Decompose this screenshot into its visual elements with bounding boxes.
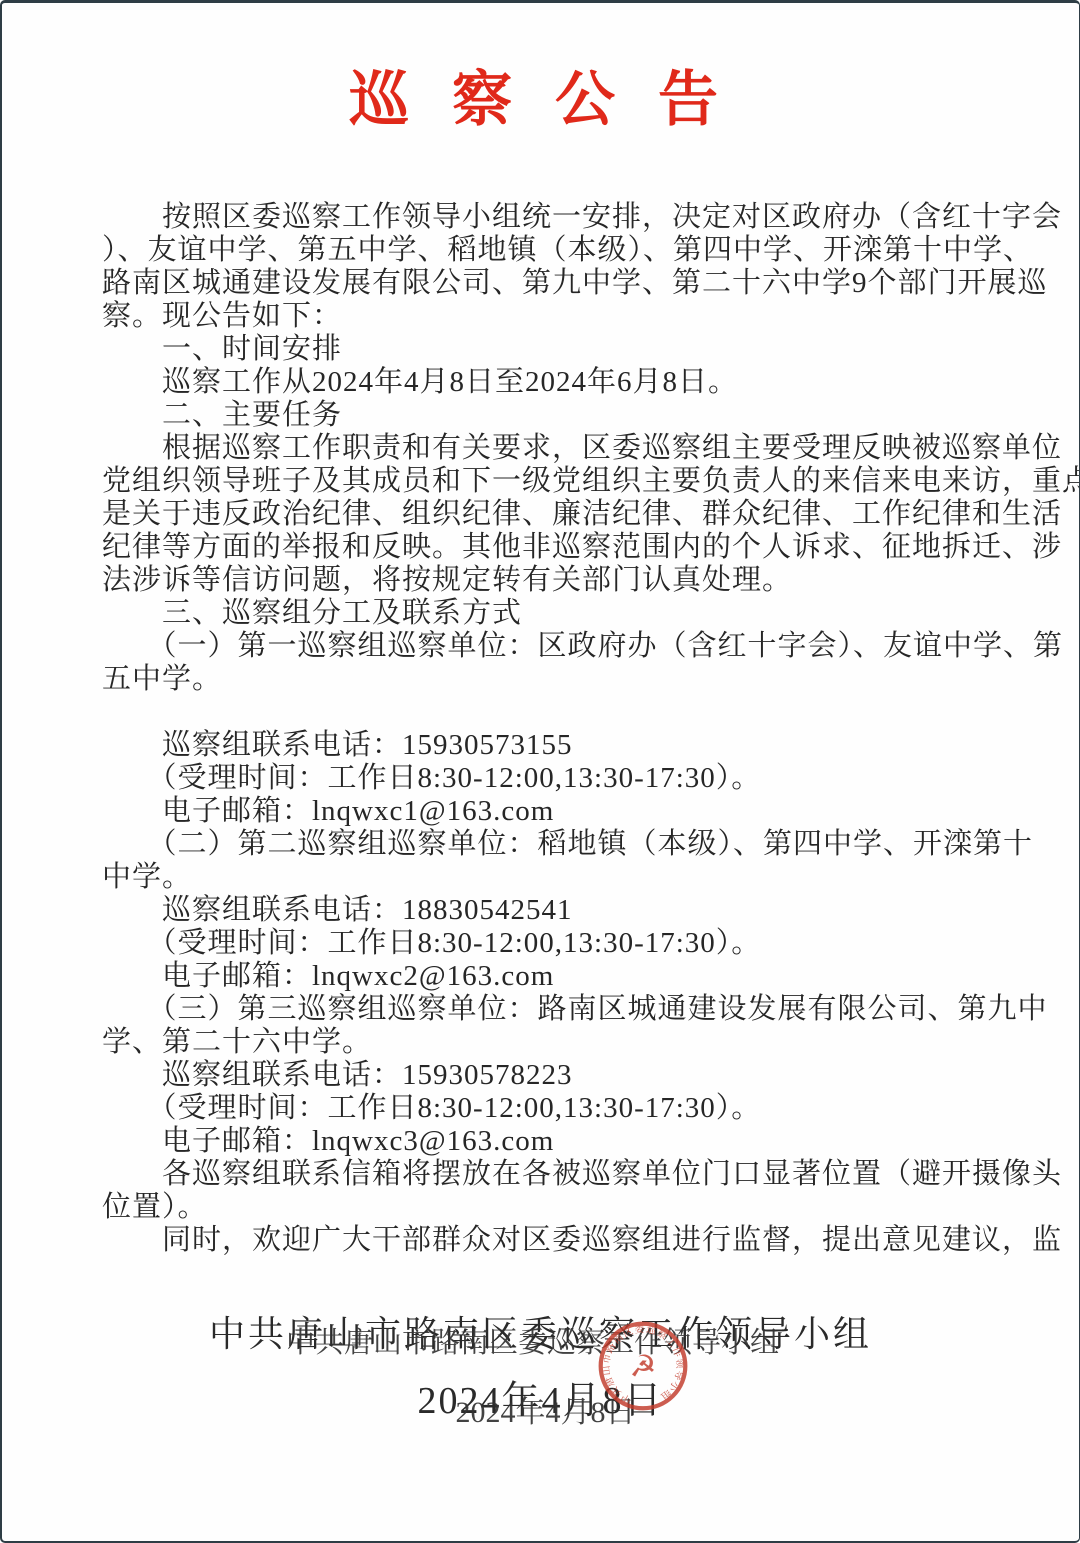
body-line: （受理时间：工作日8:30-12:00,13:30-17:30）。 — [102, 927, 979, 960]
body-line: ）、友谊中学、第五中学、稻地镇（本级）、第四中学、开滦第十中学、 — [102, 234, 979, 267]
notice-page: 巡 察 公 告 按照区委巡察工作领导小组统一安排，决定对区政府办（含红十字会）、… — [0, 0, 1080, 1543]
body-line: 巡察组联系电话：15930578223 — [102, 1059, 979, 1092]
body-line: 一、时间安排 — [102, 333, 979, 366]
issue-date-ghost: 2024年4月8日 — [7, 1387, 1080, 1431]
body-line: 察。现公告如下： — [102, 300, 979, 333]
body-line: 二、主要任务 — [102, 399, 979, 432]
body-line: 路南区城通建设发展有限公司、第九中学、第二十六中学9个部门开展巡 — [102, 267, 979, 300]
body-line: 五中学。 — [102, 663, 979, 696]
signature-org-ghost: 中共唐山市路南区委巡察工作领导小组 — [0, 1320, 1071, 1361]
body-line: 按照区委巡察工作领导小组统一安排，决定对区政府办（含红十字会 — [102, 201, 979, 234]
body-line: （受理时间：工作日8:30-12:00,13:30-17:30）。 — [102, 1092, 979, 1125]
body-line — [102, 696, 979, 729]
body-line: 巡察组联系电话：15930573155 — [102, 729, 979, 762]
body-line: （受理时间：工作日8:30-12:00,13:30-17:30）。 — [102, 762, 979, 795]
body-line: 三、巡察组分工及联系方式 — [102, 597, 979, 630]
body-line: 电子邮箱：lnqwxc2@163.com — [102, 960, 979, 993]
body-line: 电子邮箱：lnqwxc3@163.com — [102, 1125, 979, 1158]
body-line: 中学。 — [102, 861, 979, 894]
body-line: 是关于违反政治纪律、组织纪律、廉洁纪律、群众纪律、工作纪律和生活 — [102, 498, 979, 531]
body-line: （一）第一巡察组巡察单位：区政府办（含红十字会）、友谊中学、第 — [102, 630, 979, 663]
body-line: 纪律等方面的举报和反映。其他非巡察范围内的个人诉求、征地拆迁、涉 — [102, 531, 979, 564]
official-seal: 中共唐山市路南区委巡察工作领导小组 ☭ — [596, 1319, 690, 1413]
body-line: 法涉诉等信访问题，将按规定转有关部门认真处理。 — [102, 564, 979, 597]
notice-title: 巡 察 公 告 — [2, 55, 1079, 145]
body-line: 根据巡察工作职责和有关要求，区委巡察组主要受理反映被巡察单位 — [102, 432, 979, 465]
notice-body: 按照区委巡察工作领导小组统一安排，决定对区政府办（含红十字会）、友谊中学、第五中… — [102, 201, 979, 1257]
body-line: 学、第二十六中学。 — [102, 1026, 979, 1059]
body-line: 巡察工作从2024年4月8日至2024年6月8日。 — [102, 366, 979, 399]
body-line: 巡察组联系电话：18830542541 — [102, 894, 979, 927]
body-line: 位置）。 — [102, 1191, 979, 1224]
body-line: （三）第三巡察组巡察单位：路南区城通建设发展有限公司、第九中 — [102, 993, 979, 1026]
hammer-sickle-icon: ☭ — [630, 1349, 657, 1384]
body-line: 同时，欢迎广大干部群众对区委巡察组进行监督，提出意见建议，监 — [102, 1224, 979, 1257]
body-line: 电子邮箱：lnqwxc1@163.com — [102, 795, 979, 828]
body-line: 党组织领导班子及其成员和下一级党组织主要负责人的来信来电来访，重点 — [102, 465, 979, 498]
body-line: （二）第二巡察组巡察单位：稻地镇（本级）、第四中学、开滦第十 — [102, 828, 979, 861]
body-line: 各巡察组联系信箱将摆放在各被巡察单位门口显著位置（避开摄像头 — [102, 1158, 979, 1191]
